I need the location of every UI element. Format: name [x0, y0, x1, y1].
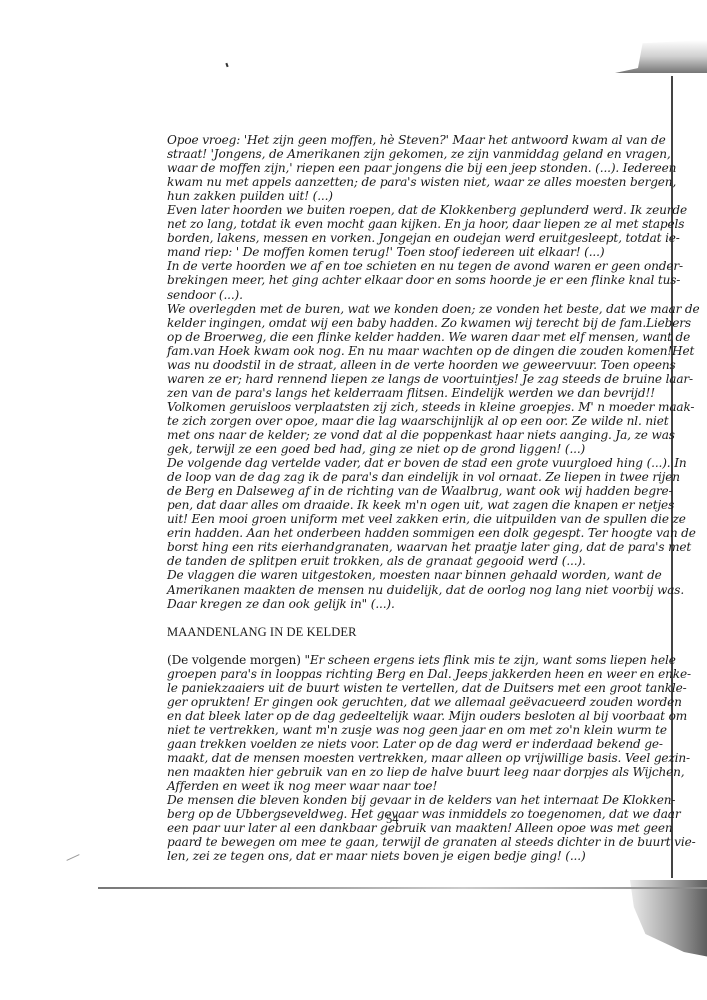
- text-line: maakt, dat de mensen moesten vertrekken,…: [167, 751, 640, 765]
- text-line: borden, lakens, messen en vorken. Jongej…: [167, 231, 640, 245]
- text-line: Daar kregen ze dan ook gelijk in" (...).: [167, 597, 640, 611]
- text-line: le paniekzaaiers uit de buurt wisten te …: [167, 681, 640, 695]
- text-line: sendoor (...).: [167, 288, 640, 302]
- text-line: kwam nu met appels aanzetten; de para's …: [167, 175, 640, 189]
- text-fragment: "Er scheen ergens iets flink mis te zijn…: [304, 653, 675, 667]
- page-number: 54: [386, 812, 399, 827]
- text-line: op de Broerweg, die een flinke kelder ha…: [167, 330, 640, 344]
- text-line: zen van de para's langs het kelderraam f…: [167, 386, 640, 400]
- text-line: Volkomen geruisloos verplaatsten zij zic…: [167, 400, 640, 414]
- text-line: Afferden en weet ik nog meer waar naar t…: [167, 779, 640, 793]
- text-line: een paar uur later al een dankbaar gebru…: [167, 821, 640, 835]
- paragraph: Even later hoorden we buiten roepen, dat…: [167, 203, 640, 259]
- text-line: De volgende dag vertelde vader, dat er b…: [167, 456, 640, 470]
- text-line: fam.van Hoek kwam ook nog. En nu maar wa…: [167, 344, 640, 358]
- text-line: uit! Een mooi groen uniform met veel zak…: [167, 512, 640, 526]
- paragraph: De mensen die bleven konden bij gevaar i…: [167, 793, 640, 863]
- text-line: Opoe vroeg: 'Het zijn geen moffen, hè St…: [167, 133, 640, 147]
- paragraph: (De volgende morgen) "Er scheen ergens i…: [167, 653, 640, 793]
- text-line: straat! 'Jongens, de Amerikanen zijn gek…: [167, 147, 640, 161]
- text-line: Amerikanen maakten de mensen nu duidelij…: [167, 583, 640, 597]
- text-line: len, zei ze tegen ons, dat er maar niets…: [167, 849, 640, 863]
- text-line: gaan trekken voelden ze niets voor. Late…: [167, 737, 640, 751]
- text-line: de tanden de splitpen eruit trokken, als…: [167, 554, 640, 568]
- text-line: mand riep: ' De moffen komen terug!' Toe…: [167, 245, 640, 259]
- text-line: net zo lang, totdat ik even mocht gaan k…: [167, 217, 640, 231]
- text-line: pen, dat daar alles om draaide. Ik keek …: [167, 498, 640, 512]
- text-line: Even later hoorden we buiten roepen, dat…: [167, 203, 640, 217]
- paragraph: Opoe vroeg: 'Het zijn geen moffen, hè St…: [167, 133, 640, 203]
- text-line: brekingen meer, het ging achter elkaar d…: [167, 273, 640, 287]
- text-line: borst hing een rits eierhandgranaten, wa…: [167, 540, 640, 554]
- text-line: berg op de Ubbergseveldweg. Het gevaar w…: [167, 807, 640, 821]
- section-intro: (De volgende morgen): [167, 653, 304, 667]
- text-line: paard te bewegen om mee te gaan, terwijl…: [167, 835, 640, 849]
- text-line: In de verte hoorden we af en toe schiete…: [167, 259, 640, 273]
- text-line: kelder ingingen, omdat wij een baby hadd…: [167, 316, 640, 330]
- text-line: nen maakten hier gebruik van en zo liep …: [167, 765, 640, 779]
- text-line: De mensen die bleven konden bij gevaar i…: [167, 793, 640, 807]
- binding-shadow-bottom: [630, 880, 707, 970]
- text-line: met ons naar de kelder; ze vond dat al d…: [167, 428, 640, 442]
- text-line: niet te vertrekken, want m'n zusje was n…: [167, 723, 640, 737]
- section-heading: MAANDENLANG IN DE KELDER: [167, 625, 640, 639]
- paragraph: Volkomen geruisloos verplaatsten zij zic…: [167, 400, 640, 456]
- text-line: waar de moffen zijn,' riepen een paar jo…: [167, 161, 640, 175]
- text-line: was nu doodstil in de straat, alleen in …: [167, 358, 640, 372]
- text-line: en dat bleek later op de dag gedeeltelij…: [167, 709, 640, 723]
- text-line: de Berg en Dalseweg af in de richting va…: [167, 484, 640, 498]
- binding-shadow-top: [615, 40, 707, 73]
- paragraph: We overlegden met de buren, wat we konde…: [167, 302, 640, 400]
- text-line: te zich zorgen over opoe, maar die lag w…: [167, 414, 640, 428]
- text-line: De vlaggen die waren uitgestoken, moeste…: [167, 568, 640, 582]
- text-line: gek, terwijl ze een goed bed had, ging z…: [167, 442, 640, 456]
- text-line: de loop van de dag zag ik de para's dan …: [167, 470, 640, 484]
- text-line: hun zakken puilden uit! (...): [167, 189, 640, 203]
- page-bottom-edge: [98, 887, 707, 889]
- text-line: We overlegden met de buren, wat we konde…: [167, 302, 640, 316]
- text-line: erin hadden. Aan het onderbeen hadden so…: [167, 526, 640, 540]
- text-line: waren ze er; hard rennend liepen ze lang…: [167, 372, 640, 386]
- text-line: ger oprukten! Er gingen ook geruchten, d…: [167, 695, 640, 709]
- scan-mark: [66, 854, 79, 861]
- page-body: Opoe vroeg: 'Het zijn geen moffen, hè St…: [167, 133, 640, 863]
- paragraph: In de verte hoorden we af en toe schiete…: [167, 259, 640, 301]
- scan-speck: [225, 63, 228, 67]
- text-line: groepen para's in looppas richting Berg …: [167, 667, 640, 681]
- paragraph: De vlaggen die waren uitgestoken, moeste…: [167, 568, 640, 610]
- text-line: (De volgende morgen) "Er scheen ergens i…: [167, 653, 640, 667]
- paragraph: De volgende dag vertelde vader, dat er b…: [167, 456, 640, 568]
